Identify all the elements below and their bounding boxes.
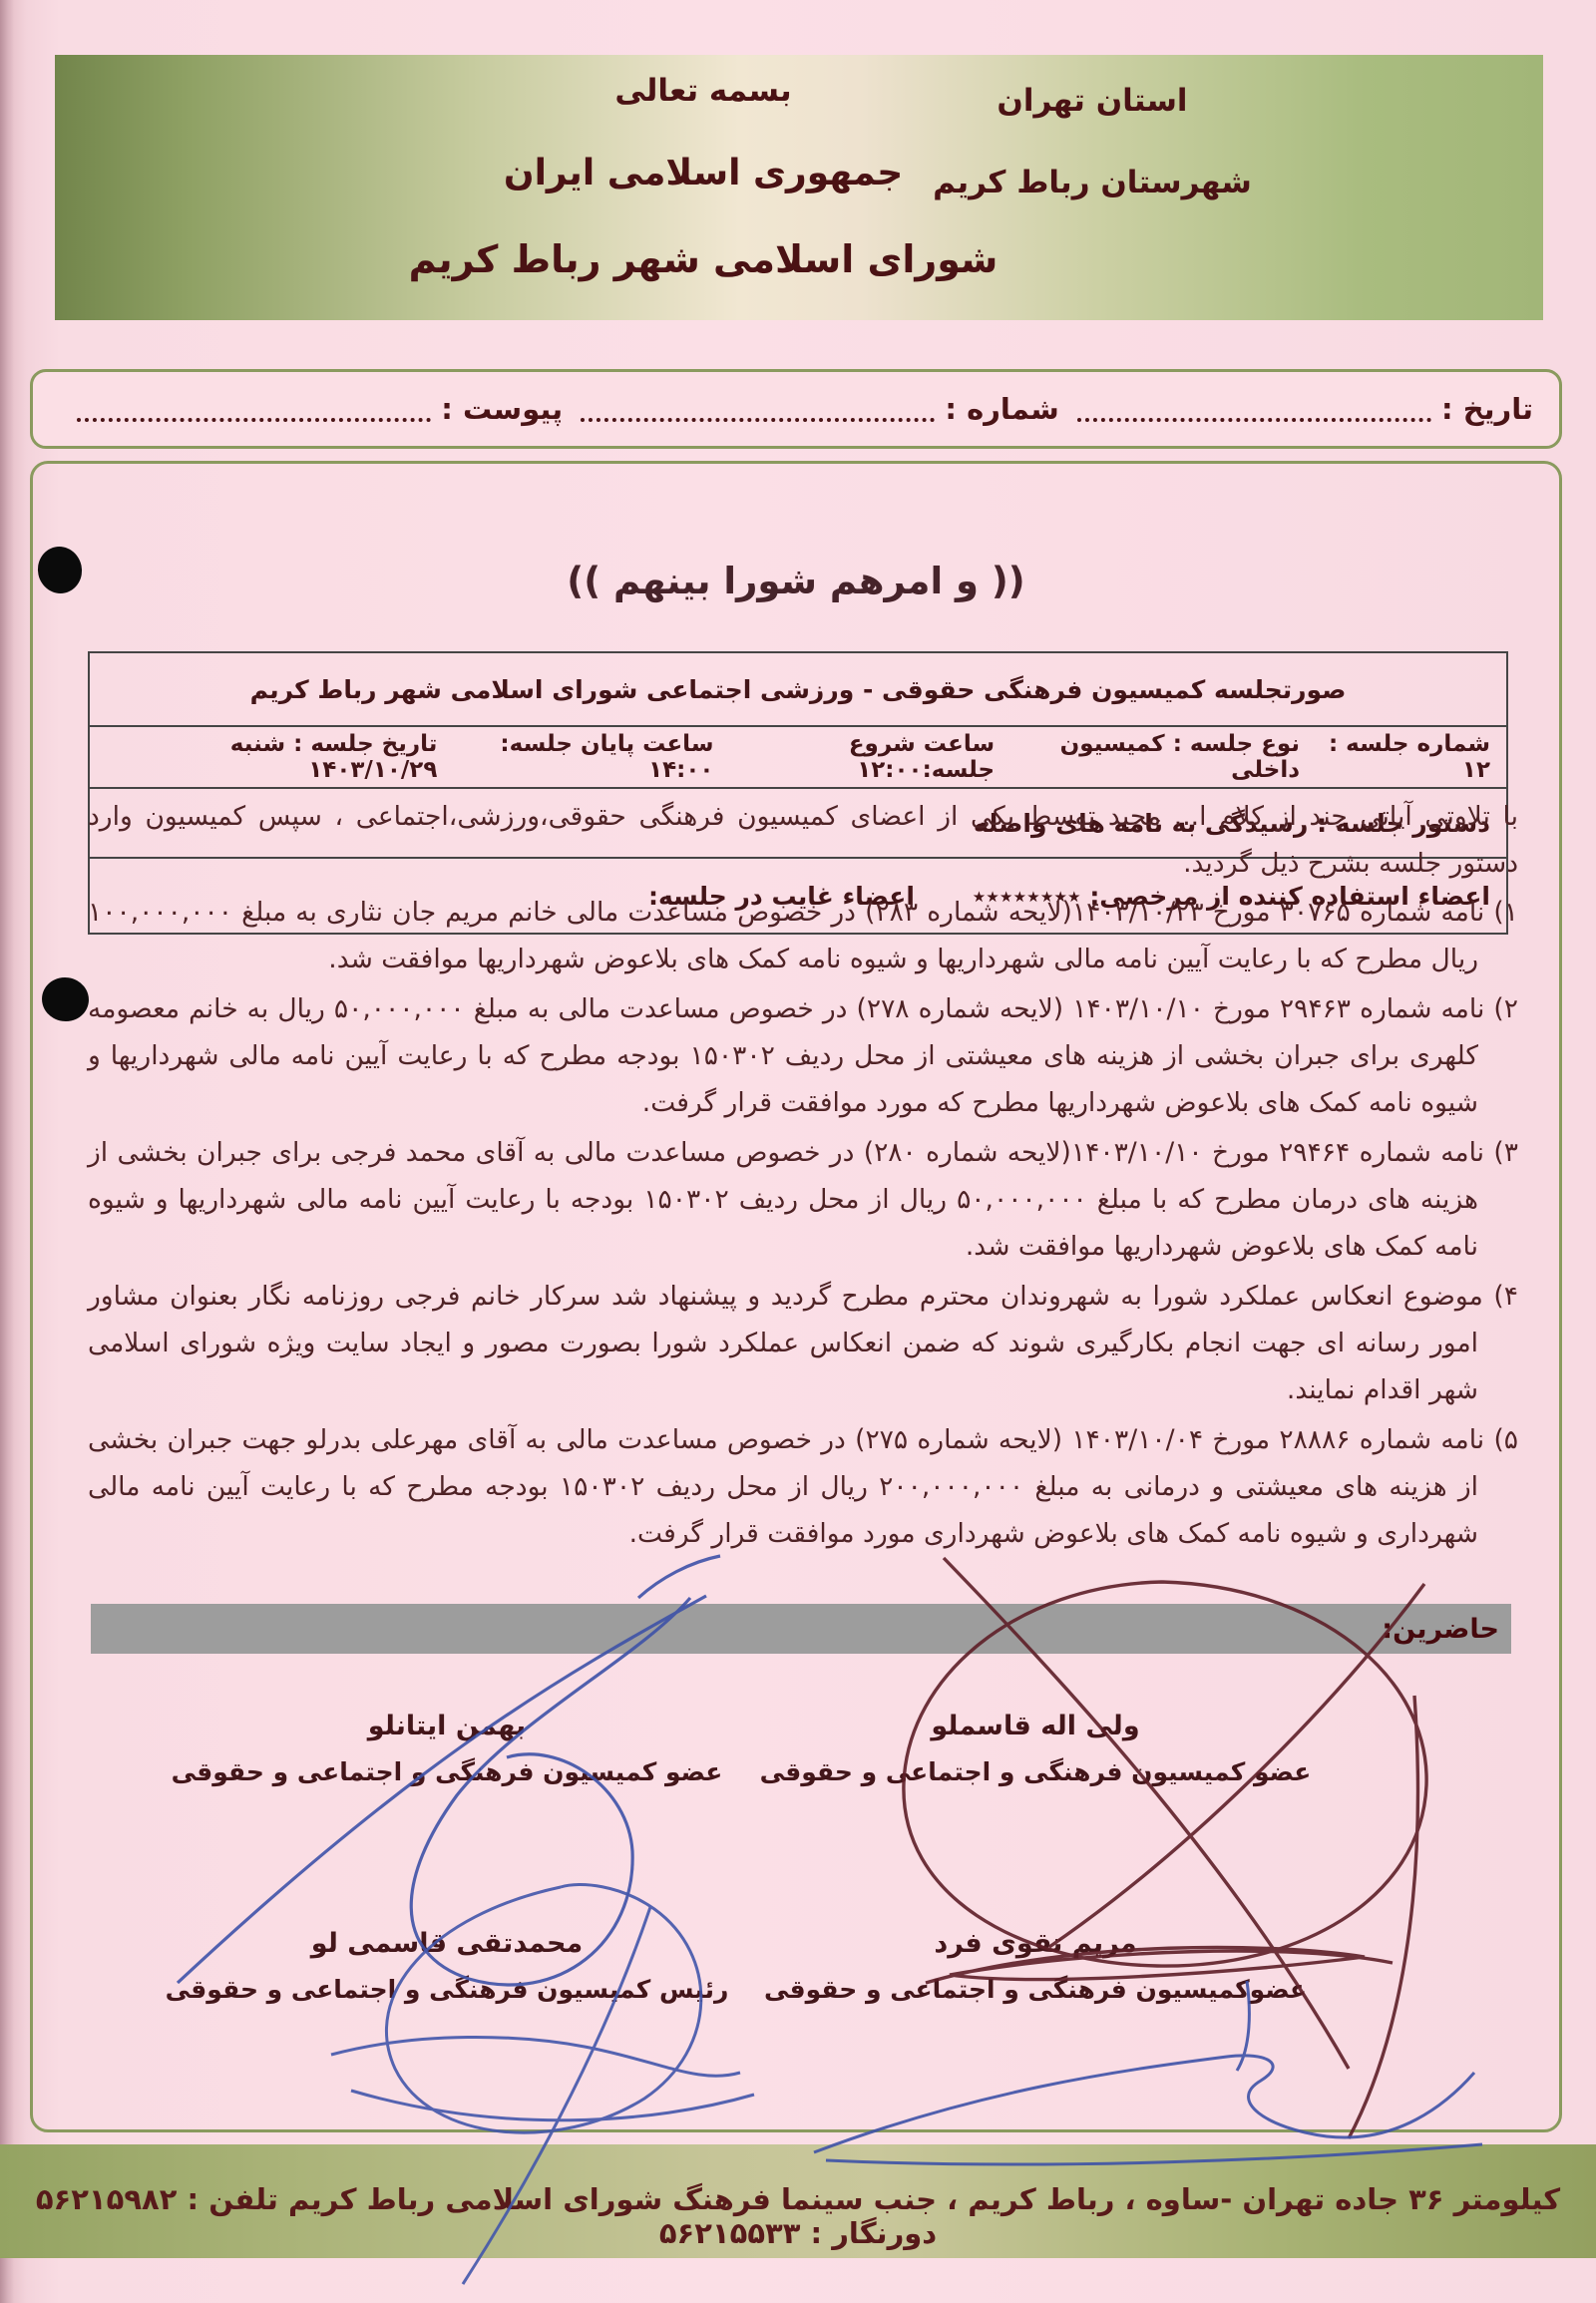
date-field[interactable] [1077,388,1431,422]
signature-block-qasemlou: ولی اله قاسملو عضو کمیسیون فرهنگی و اجتم… [736,1711,1335,1786]
signer-role: عضوکمیسیون فرهنگی و اجتماعی و حقوقی [736,1975,1335,2004]
date-label: تاریخ : [1441,392,1533,426]
minutes-intro: با تلاوتی آیاتی چند از کلام ا... مجید تو… [88,793,1518,887]
signer-role: عضو کمیسیون فرهنگی و اجتماعی و حقوقی [148,1757,746,1786]
minutes-body: با تلاوتی آیاتی چند از کلام ا... مجید تو… [88,793,1518,1560]
session-type: نوع جلسه : کمیسیون داخلی [995,731,1300,783]
number-label: شماره : [945,392,1058,426]
content-box: (( و امرهم شورا بینهم )) صورتجلسه کمیسیو… [30,461,1562,2132]
attachment-label: پیوست : [441,392,563,426]
session-date: تاریخ جلسه : شنبه ۱۴۰۳/۱۰/۲۹ [106,731,437,783]
signer-role: عضو کمیسیون فرهنگی و اجتماعی و حقوقی [736,1757,1335,1786]
footer-address-bar: کیلومتر ۳۶ جاده تهران -ساوه ، رباط کریم … [0,2144,1596,2258]
item-marker: ۴) [1493,1281,1518,1312]
signature-block-taghavifard: مریم تقوی فرد عضوکمیسیون فرهنگی و اجتماع… [736,1928,1335,2004]
signer-role: رئیس کمیسیون فرهنگی و اجتماعی و حقوقی [148,1975,746,2004]
reference-bar: تاریخ : شماره : پیوست : [30,369,1562,449]
item-text: نامه شماره ۲۹۴۶۳ مورخ ۱۴۰۳/۱۰/۱۰ (لایحه … [88,993,1484,1118]
item-text: نامه شماره ۳۰۷۶۵ مورخ ۱۴۰۳/۱۰/۲۳(لایحه ش… [88,897,1484,974]
minutes-item-5: ۵) نامه شماره ۲۸۸۸۶ مورخ ۱۴۰۳/۱۰/۰۴ (لای… [88,1416,1518,1557]
signature-block-itanlou: بهمن ایتانلو عضو کمیسیون فرهنگی و اجتماع… [148,1711,746,1786]
letterhead-region: استان تهران شهرستان رباط کریم [913,83,1272,200]
attendees-label: حاضرین: [1370,1614,1511,1645]
item-text: موضوع انعکاس عملکرد شورا به شهروندان محت… [88,1281,1483,1405]
province-text: استان تهران [913,83,1272,119]
table-title-row: صورتجلسه کمیسیون فرهنگی حقوقی - ورزشی اج… [90,653,1506,725]
attachment-field[interactable] [77,388,431,422]
attendees-bar: حاضرین: [91,1604,1511,1654]
signer-name: بهمن ایتانلو [148,1711,746,1741]
number-field[interactable] [581,388,935,422]
minutes-item-3: ۳) نامه شماره ۲۹۴۶۴ مورخ ۱۴۰۳/۱۰/۱۰(لایح… [88,1129,1518,1270]
item-text: نامه شماره ۲۹۴۶۴ مورخ ۱۴۰۳/۱۰/۱۰(لایحه ش… [88,1137,1484,1262]
session-end-time: ساعت پایان جلسه: ۱۴:۰۰ [437,731,713,783]
meeting-title: صورتجلسه کمیسیون فرهنگی حقوقی - ورزشی اج… [250,675,1347,704]
minutes-item-1: ۱) نامه شماره ۳۰۷۶۵ مورخ ۱۴۰۳/۱۰/۲۳(لایح… [88,889,1518,982]
item-marker: ۲) [1493,993,1518,1024]
minutes-item-4: ۴) موضوع انعکاس عملکرد شورا به شهروندان … [88,1273,1518,1413]
letterhead: بسمه تعالی جمهوری اسلامی ایران شورای اسل… [55,55,1543,320]
council-title: شورای اسلامی شهر رباط کریم [394,237,1012,281]
signature-block-ghasemilou: محمدتقی قاسمی لو رئیس کمیسیون فرهنگی و ا… [148,1928,746,2004]
signer-name: مریم تقوی فرد [736,1928,1335,1959]
session-start-time: ساعت شروع جلسه:۱۲:۰۰ [713,731,995,783]
table-meta-row: شماره جلسه : ۱۲ نوع جلسه : کمیسیون داخلی… [90,725,1506,787]
signer-name: ولی اله قاسملو [736,1711,1335,1741]
minutes-item-2: ۲) نامه شماره ۲۹۴۶۳ مورخ ۱۴۰۳/۱۰/۱۰ (لای… [88,985,1518,1126]
footer-address: کیلومتر ۳۶ جاده تهران -ساوه ، رباط کریم … [36,2182,1560,2250]
item-marker: ۱) [1493,897,1518,928]
session-number: شماره جلسه : ۱۲ [1300,731,1490,783]
motto: (( و امرهم شورا بینهم )) [33,560,1559,602]
item-marker: ۵) [1493,1424,1518,1455]
county-text: شهرستان رباط کریم [913,165,1272,200]
item-text: نامه شماره ۲۸۸۸۶ مورخ ۱۴۰۳/۱۰/۰۴ (لایحه … [88,1424,1484,1549]
item-marker: ۳) [1493,1137,1518,1168]
document-page: بسمه تعالی جمهوری اسلامی ایران شورای اسل… [0,0,1596,2303]
signer-name: محمدتقی قاسمی لو [148,1928,746,1959]
